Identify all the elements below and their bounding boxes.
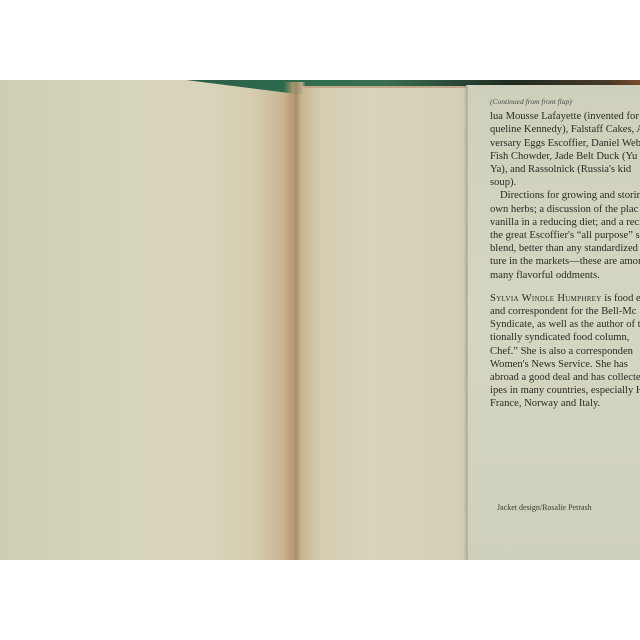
flap-line: versary Eggs Escoffier, Daniel Webst	[490, 137, 640, 150]
flap-line: soup).	[490, 176, 640, 189]
flap-line: Women's News Service. She has	[490, 358, 640, 371]
flap-line: abroad a good deal and has collecte	[490, 371, 640, 384]
flap-line: vanilla in a reducing diet; and a recipe	[490, 216, 640, 229]
author-name: Sylvia Windle Humphrey	[490, 293, 602, 304]
flap-line: own herbs; a discussion of the plac	[490, 203, 640, 216]
flap-line: the great Escoffier's “all purpose” s	[490, 229, 640, 242]
flap-line: Fish Chowder, Jade Belt Duck (Yu	[490, 150, 640, 163]
flap-line: many flavorful oddments.	[490, 269, 640, 282]
flap-line: blend, better than any standardized	[490, 242, 640, 255]
left-endpaper	[0, 80, 300, 560]
flap-line: ture in the markets—these are amon	[490, 255, 640, 268]
continued-label: (Continued from front flap)	[490, 95, 640, 108]
flap-line: Chef.” She is also a corresponden	[490, 345, 640, 358]
flap-line: lua Mousse Lafayette (invented for J	[490, 110, 640, 123]
right-endpaper	[302, 88, 470, 560]
flap-line: tionally syndicated food column,	[490, 331, 640, 344]
flap-line: and correspondent for the Bell-Mc	[490, 305, 640, 318]
spine-gutter-stain	[284, 82, 306, 560]
flap-line: Ya), and Rassolnick (Russia's kid	[490, 163, 640, 176]
flap-line: ipes in many countries, especially Ho	[490, 384, 640, 397]
flap-line: France, Norway and Italy.	[490, 397, 640, 410]
flap-text: (Continued from front flap) lua Mousse L…	[490, 95, 640, 411]
author-bio-first-line: Sylvia Windle Humphrey is food e	[490, 292, 640, 305]
jacket-design-credit: Jacket design/Rosalie Petrash	[497, 503, 592, 512]
flap-line: Syndicate, as well as the author of th	[490, 318, 640, 331]
flap-line: Directions for growing and storing y	[490, 189, 640, 202]
book-photo: (Continued from front flap) lua Mousse L…	[0, 80, 640, 560]
dust-jacket-flap: (Continued from front flap) lua Mousse L…	[466, 85, 640, 560]
flap-line: queline Kennedy), Falstaff Cakes, An	[490, 123, 640, 136]
